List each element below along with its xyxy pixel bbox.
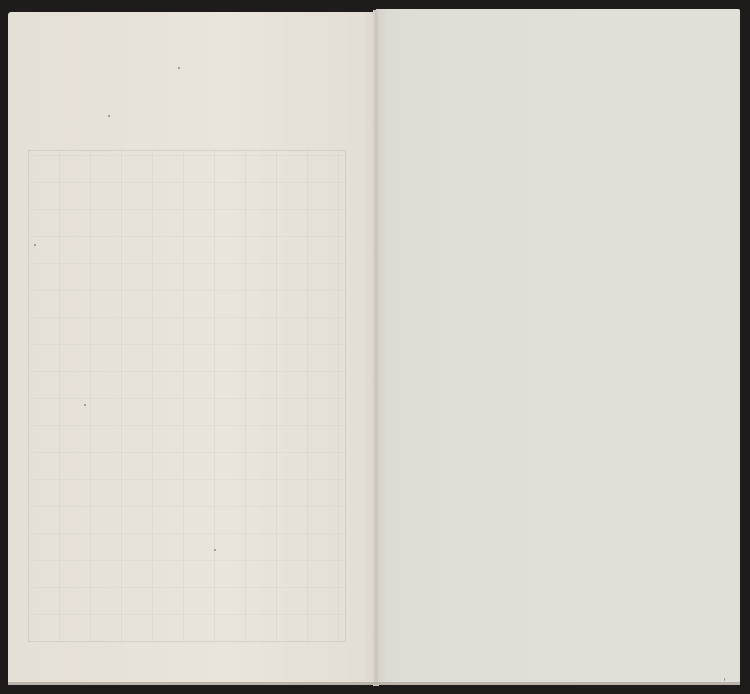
paper-speck	[84, 404, 86, 406]
paper-speck	[34, 244, 36, 246]
paper-speck	[178, 67, 180, 69]
book-gutter	[373, 10, 379, 686]
right-page	[376, 9, 740, 684]
paper-speck	[724, 678, 725, 681]
paper-speck	[108, 115, 110, 117]
left-page	[8, 12, 378, 684]
book-spread	[0, 0, 750, 694]
bleed-through-grid	[28, 150, 346, 642]
page-edge-shadow	[8, 682, 740, 685]
paper-speck	[214, 549, 216, 551]
